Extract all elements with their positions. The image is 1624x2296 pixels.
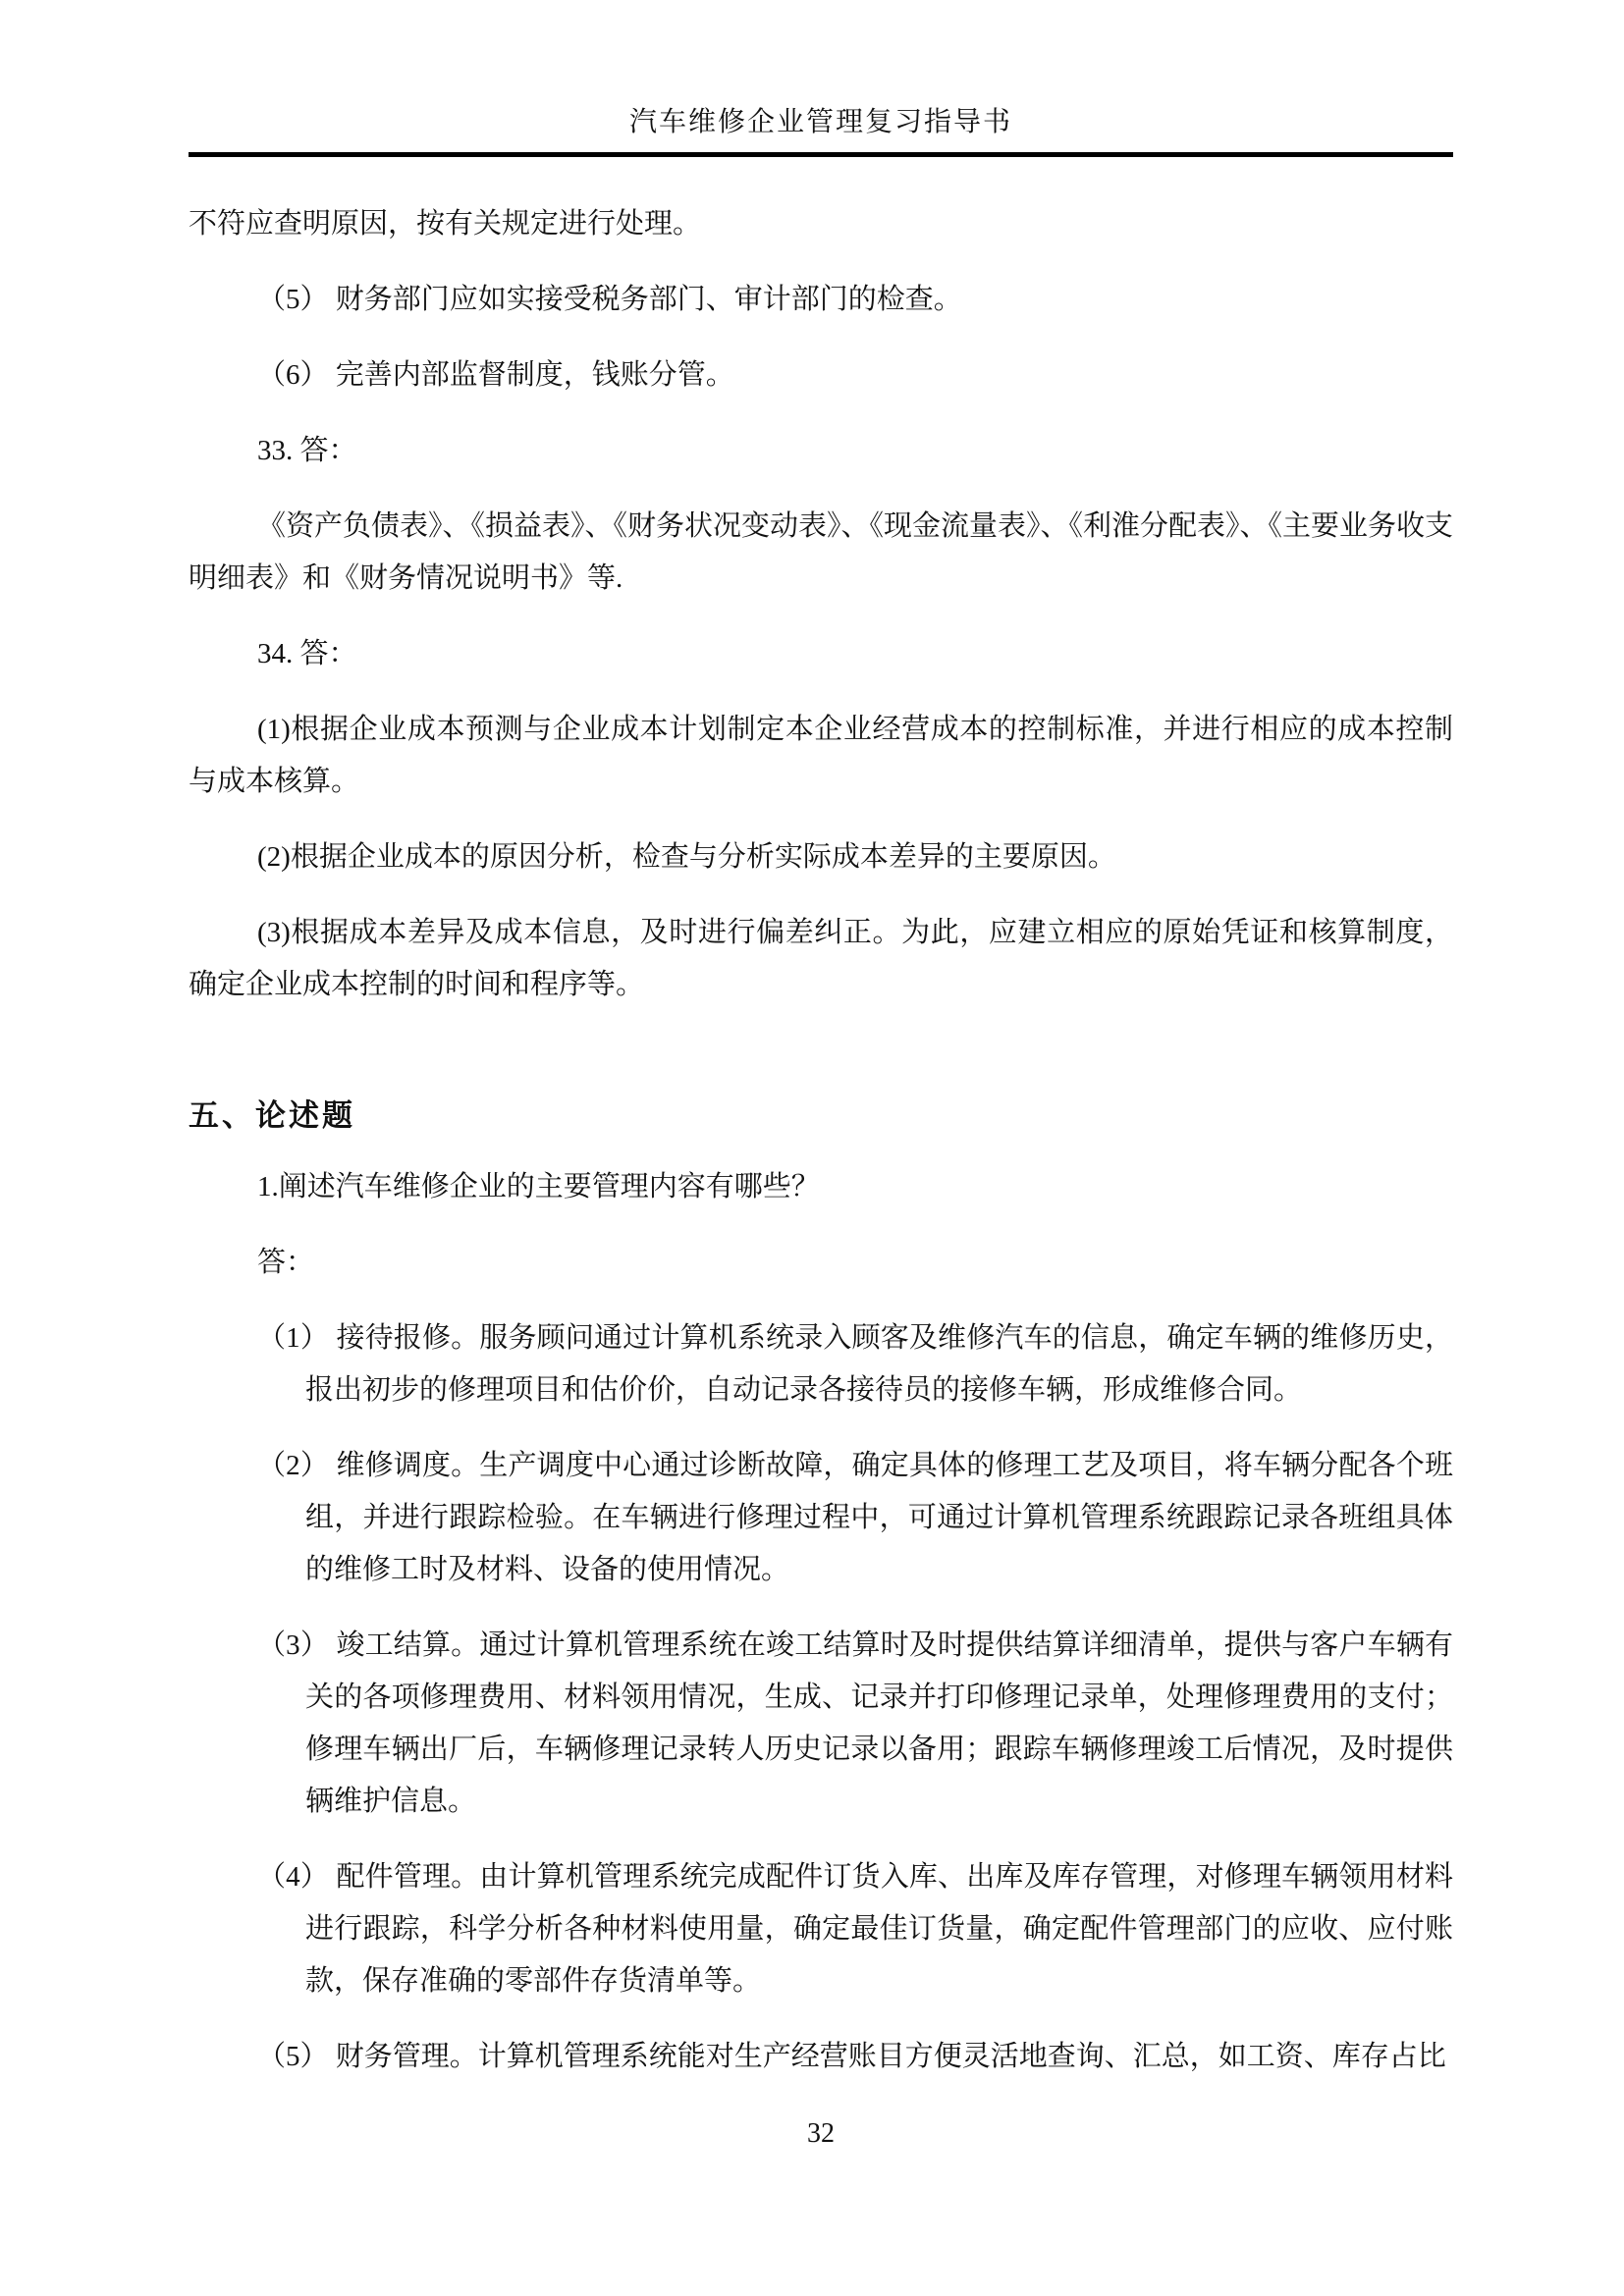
paragraph: （5） 财务管理。计算机管理系统能对生产经营账目方便灵活地查询、汇总，如工资、库… (189, 2031, 1453, 2083)
paragraph: (2)根据企业成本的原因分析，检查与分析实际成本差异的主要原因。 (189, 831, 1453, 883)
page-footer: 32 (189, 2112, 1453, 2156)
document-page: 汽车维修企业管理复习指导书 不符应查明原因，按有关规定进行处理。（5） 财务部门… (0, 0, 1624, 2296)
paragraph: （2） 维修调度。生产调度中心通过诊断故障，确定具体的修理工艺及项目，将车辆分配… (189, 1440, 1453, 1596)
paragraph: (3)根据成本差异及成本信息，及时进行偏差纠正。为此，应建立相应的原始凭证和核算… (189, 907, 1453, 1011)
paragraph: 不符应查明原因，按有关规定进行处理。 (189, 198, 1453, 250)
page-number: 32 (807, 2118, 835, 2149)
section-heading: 五、论述题 (189, 1095, 1453, 1138)
paragraph: 34. 答： (189, 628, 1453, 680)
header-rule (189, 152, 1453, 157)
paragraph: 《资产负债表》、《损益表》、《财务状况变动表》、《现金流量表》、《利淮分配表》、… (189, 501, 1453, 605)
paragraph: （5） 财务部门应如实接受税务部门、审计部门的检查。 (189, 274, 1453, 326)
paragraph: 1.阐述汽车维修企业的主要管理内容有哪些？ (189, 1161, 1453, 1213)
paragraph: （4） 配件管理。由计算机管理系统完成配件订货入库、出库及库存管理，对修理车辆领… (189, 1851, 1453, 2007)
paragraph: 33. 答： (189, 425, 1453, 477)
running-head-title: 汽车维修企业管理复习指导书 (189, 0, 1453, 139)
page-header: 汽车维修企业管理复习指导书 (189, 0, 1453, 157)
paragraph: （1） 接待报修。服务顾问通过计算机系统录入顾客及维修汽车的信息，确定车辆的维修… (189, 1312, 1453, 1416)
paragraph: (1)根据企业成本预测与企业成本计划制定本企业经营成本的控制标准，并进行相应的成… (189, 704, 1453, 808)
document-body: 不符应查明原因，按有关规定进行处理。（5） 财务部门应如实接受税务部门、审计部门… (189, 198, 1453, 2107)
paragraph: （6） 完善内部监督制度，钱账分管。 (189, 349, 1453, 401)
paragraph: 答： (189, 1237, 1453, 1289)
paragraph: （3） 竣工结算。通过计算机管理系统在竣工结算时及时提供结算详细清单，提供与客户… (189, 1620, 1453, 1828)
